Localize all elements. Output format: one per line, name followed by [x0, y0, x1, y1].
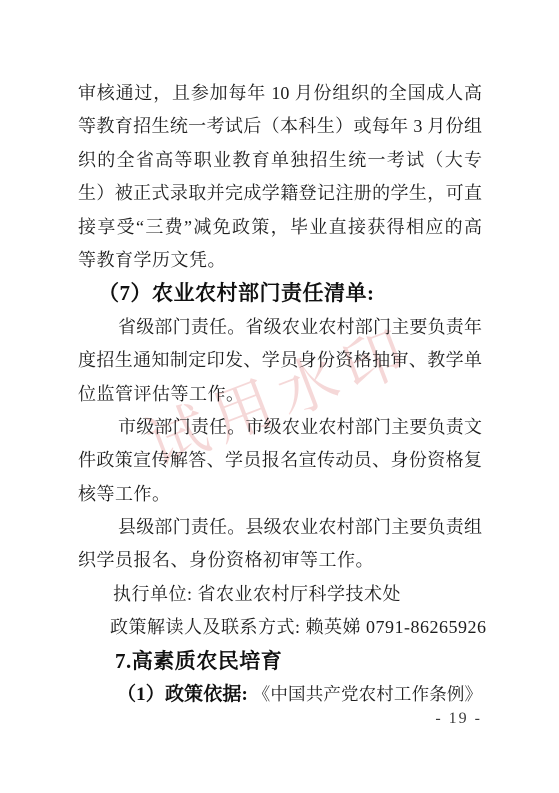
text-block: 审核通过，且参加每年 10 月份组织的全国成人高 等教育招生统一考试后（本科生）…	[78, 77, 482, 711]
policy-basis-label: （1）政策依据:	[117, 684, 253, 705]
text-line: 核等工作。	[78, 478, 482, 511]
policy-contact-line: 政策解读人及联系方式: 赖英娣 0791-86265926	[78, 611, 482, 644]
page-number: - 19 -	[78, 710, 482, 728]
executing-unit-line: 执行单位: 省农业农村厅科学技术处	[78, 578, 482, 611]
text-line: 织的全省高等职业教育单独招生统一考试（大专	[78, 144, 482, 177]
text-line: 省级部门责任。省级农业农村部门主要负责年	[78, 311, 482, 344]
section-heading-farmer-training: 7.高素质农民培育	[78, 645, 482, 678]
text-line: 等教育学历文凭。	[78, 244, 482, 277]
text-line: 位监管评估等工作。	[78, 378, 482, 411]
policy-basis-line: （1）政策依据: 《中国共产党农村工作条例》	[78, 678, 482, 711]
section-heading-responsibility: （7）农业农村部门责任清单:	[78, 277, 482, 310]
text-line: 织学员报名、身份资格初审等工作。	[78, 544, 482, 577]
policy-basis-value: 《中国共产党农村工作条例》	[253, 684, 482, 704]
text-line: 件政策宣传解答、学员报名宣传动员、身份资格复	[78, 444, 482, 477]
text-line: 等教育招生统一考试后（本科生）或每年 3 月份组	[78, 110, 482, 143]
text-line: 审核通过，且参加每年 10 月份组织的全国成人高	[78, 77, 482, 110]
text-line: 县级部门责任。县级农业农村部门主要负责组	[78, 511, 482, 544]
text-line: 度招生通知制定印发、学员身份资格抽审、教学单	[78, 344, 482, 377]
text-line: 接享受“三费”减免政策，毕业直接获得相应的高	[78, 211, 482, 244]
text-line: 市级部门责任。市级农业农村部门主要负责文	[78, 411, 482, 444]
text-line: 生）被正式录取并完成学籍登记注册的学生，可直	[78, 177, 482, 210]
document-page: 试用水印 审核通过，且参加每年 10 月份组织的全国成人高 等教育招生统一考试后…	[0, 0, 559, 793]
